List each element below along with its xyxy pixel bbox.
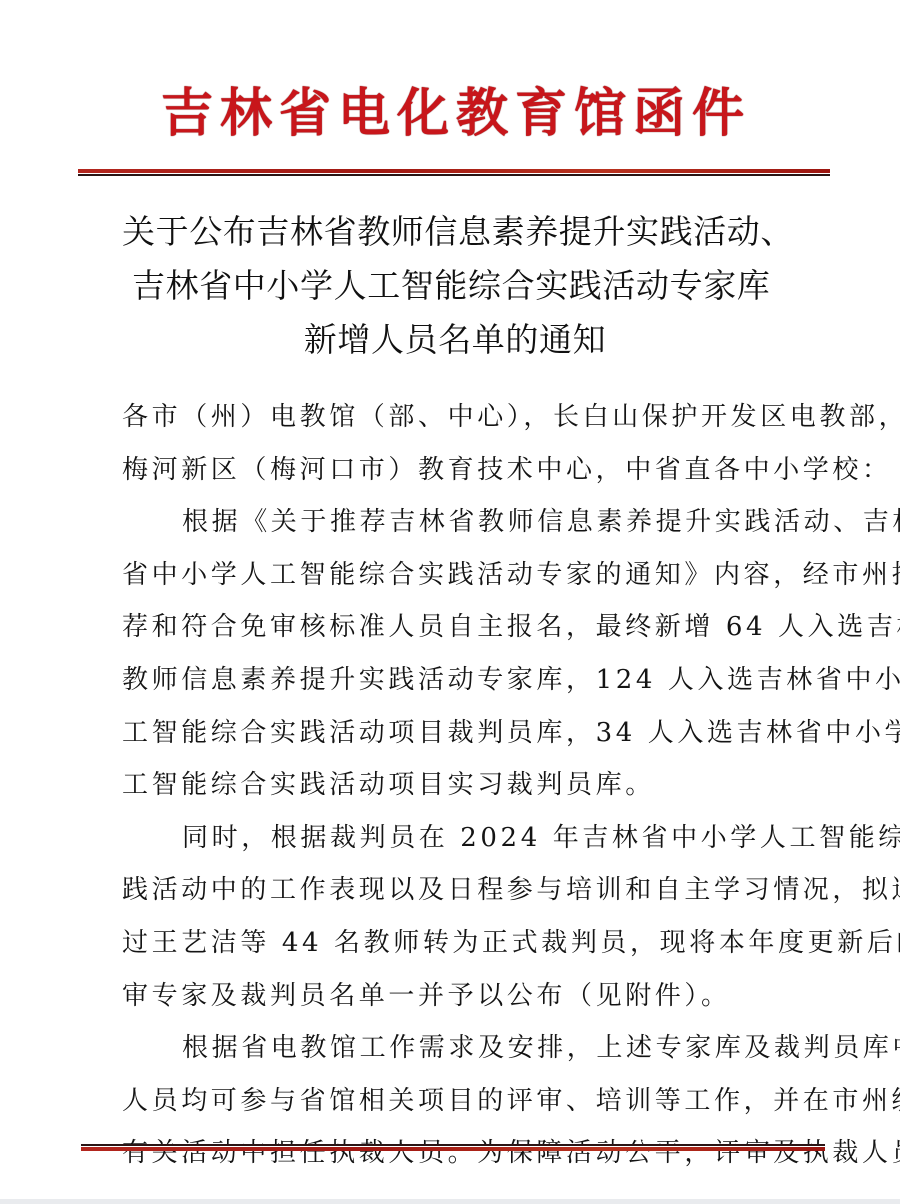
- paragraph-line: 教师信息素养提升实践活动专家库，124 人入选吉林省中小学人: [122, 654, 822, 707]
- paragraph-line: 省中小学人工智能综合实践活动专家的通知》内容，经市州推: [122, 549, 822, 602]
- divider-red-line: [81, 1147, 825, 1151]
- page-footer-divider: [81, 1144, 825, 1151]
- addressee-line-1: 各市（州）电教馆（部、中心），长白山保护开发区电教部，: [122, 391, 822, 444]
- paragraph-1: 根据《关于推荐吉林省教师信息素养提升实践活动、吉林 省中小学人工智能综合实践活动…: [122, 496, 822, 812]
- paragraph-3: 根据省电教馆工作需求及安排，上述专家库及裁判员库中 人员均可参与省馆相关项目的评…: [122, 1022, 822, 1180]
- divider-dark-line: [78, 174, 830, 176]
- addressee-line-2: 梅河新区（梅河口市）教育技术中心，中省直各中小学校：: [122, 444, 822, 497]
- paragraph-line: 根据《关于推荐吉林省教师信息素养提升实践活动、吉林: [122, 496, 822, 549]
- paragraph-line: 过王艺洁等 44 名教师转为正式裁判员，现将本年度更新后的评: [122, 917, 822, 970]
- paragraph-line: 荐和符合免审核标准人员自主报名，最终新增 64 人入选吉林省: [122, 601, 822, 654]
- paragraph-2: 同时，根据裁判员在 2024 年吉林省中小学人工智能综合实 践活动中的工作表现以…: [122, 812, 822, 1022]
- title-line-1: 关于公布吉林省教师信息素养提升实践活动、: [0, 205, 900, 259]
- paragraph-line: 践活动中的工作表现以及日程参与培训和自主学习情况，拟通: [122, 864, 822, 917]
- document-title: 关于公布吉林省教师信息素养提升实践活动、 吉林省中小学人工智能综合实践活动专家库…: [0, 205, 900, 367]
- paragraph-line: 工智能综合实践活动项目实习裁判员库。: [122, 759, 822, 812]
- paragraph-line: 有关活动中担任执裁人员。为保障活动公平，评审及执裁人员: [122, 1127, 822, 1180]
- title-line-3: 新增人员名单的通知: [0, 313, 900, 367]
- document-body: 各市（州）电教馆（部、中心），长白山保护开发区电教部， 梅河新区（梅河口市）教育…: [122, 391, 822, 1180]
- scan-bottom-edge: [0, 1199, 900, 1204]
- title-line-2: 吉林省中小学人工智能综合实践活动专家库: [0, 259, 900, 313]
- paragraph-line: 根据省电教馆工作需求及安排，上述专家库及裁判员库中: [122, 1022, 822, 1075]
- letterhead-divider-top: [78, 169, 830, 176]
- paragraph-line: 工智能综合实践活动项目裁判员库，34 人入选吉林省中小学人: [122, 707, 822, 760]
- paragraph-line: 同时，根据裁判员在 2024 年吉林省中小学人工智能综合实: [122, 812, 822, 865]
- document-page: 吉林省电化教育馆函件 关于公布吉林省教师信息素养提升实践活动、 吉林省中小学人工…: [0, 0, 900, 1204]
- paragraph-line: 人员均可参与省馆相关项目的评审、培训等工作，并在市州级: [122, 1075, 822, 1128]
- letterhead-title: 吉林省电化教育馆函件: [0, 82, 900, 146]
- paragraph-line: 审专家及裁判员名单一并予以公布（见附件）。: [122, 970, 822, 1023]
- addressee: 各市（州）电教馆（部、中心），长白山保护开发区电教部， 梅河新区（梅河口市）教育…: [122, 391, 822, 496]
